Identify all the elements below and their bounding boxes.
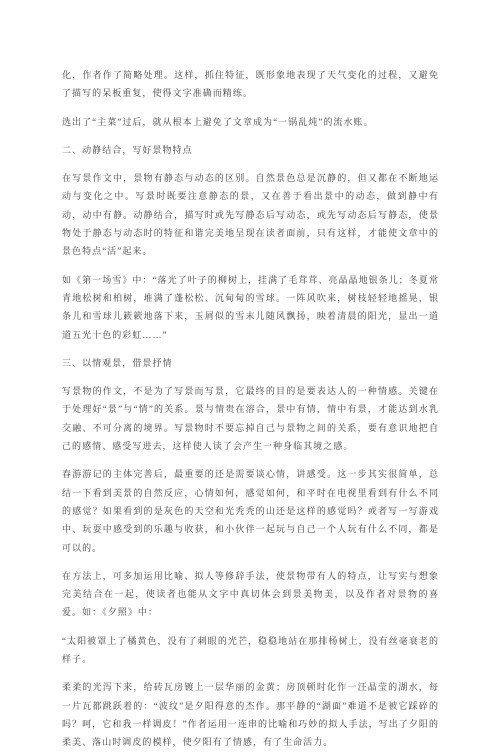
paragraph-rhetoric-methods: 在方法上，可多加运用比喻、拟人等修辞手法，使景物带有人的特点，让写实与想象完美结… (62, 567, 439, 622)
paragraph-sunset-quote-1: “太阳被罩上了橘黄色，没有了刺眼的光芒，稳稳地站在那排杨树上，没有丝毫衰老的样子… (62, 632, 439, 669)
document-page: 化，作者作了简略处理。这样，抓住特征，既形象地表现了天气变化的过程，又避免了描写… (0, 0, 500, 707)
paragraph-scene-emotion: 写景物的作文，不是为了写景而写景，它最终的目的是要表达人的一种情感。关键在于处理… (62, 382, 439, 455)
paragraph-main-dish: 选出了“主菜”过后，就从根本上避免了文章成为“一锅乱炖”的流水账。 (62, 113, 439, 131)
section-heading-3: 三、以情观景，借景抒情 (62, 354, 439, 372)
paragraph-intro-tail: 化，作者作了简略处理。这样，抓住特征，既形象地表现了天气变化的过程，又避免了描写… (62, 66, 439, 103)
paragraph-spring-outing: 春游游记的主体完善后，最重要的还是需要谈心情，讲感受。这一步其实很简单，总结一下… (62, 465, 439, 556)
paragraph-first-snow-example: 如《第一场雪》中：“落光了叶子的柳树上，挂满了毛茸茸、亮晶晶地银条儿；冬夏常青地… (62, 271, 439, 344)
document-content: 化，作者作了简略处理。这样，抓住特征，既形象地表现了天气变化的过程，又避免了描写… (62, 66, 439, 707)
paragraph-static-dynamic: 在写景作文中，景物有静态与动态的区别。自然景色总是沉静的，但又都在不断地运动与变… (62, 169, 439, 260)
paragraph-sunset-quote-2: 柔柔的光泻下来，给砖瓦房镀上一层华丽的金黄；房顶顿时化作一汪晶莹的湖水，每一片瓦… (62, 678, 439, 707)
section-heading-2: 二、动静结合，写好景物特点 (62, 141, 439, 159)
